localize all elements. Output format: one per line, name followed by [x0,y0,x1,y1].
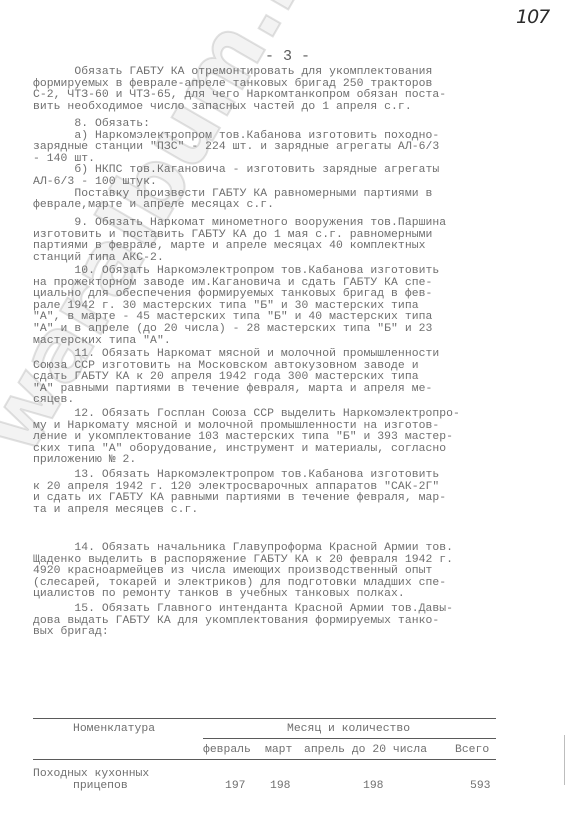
text-line: "А" равными партиями в течение февраля, … [33,384,493,396]
text-line: 11. Обязать Наркомат мясной и молочной п… [33,349,493,361]
paragraph-8: 8. Обязать: а) Наркомэлектропром тов.Каб… [33,119,493,212]
header-mar: март [265,744,292,756]
text-line: 10. Обязать Наркомэлектропром тов.Кабано… [33,266,493,278]
text-line: вых бригад: [33,627,493,639]
value-feb: 197 [225,780,246,792]
table-top-rule [33,718,496,719]
paragraph-intro: Обязать ГАБТУ КА отремонтировать для уко… [33,67,493,113]
paragraph-11: 11. Обязать Наркомат мясной и молочной п… [33,349,493,407]
value-mar: 198 [270,780,291,792]
value-apr: 198 [363,780,384,792]
text-line: станций типа АКС-2. [33,253,493,265]
text-line: та и апреля месяцев с.г. [33,505,493,517]
text-line: 14. Обязать начальника Главупроформа Кра… [33,543,493,555]
text-line: зарядные станции "ПЗС" - 224 шт. и заряд… [33,142,493,154]
page-number: - 3 - [0,48,575,65]
text-line: вить необходимое число запасных частей д… [33,102,493,114]
header-group-rule [203,738,496,739]
header-nomenclature: Номенклатура [73,723,155,735]
paragraph-12: 12. Обязать Госплан Союза ССР выделить Н… [33,409,493,467]
text-line: циалистов по ремонту танков в учебных та… [33,589,493,601]
text-line: приложению № 2. [33,455,493,467]
paragraph-13: 13. Обязать Наркомэлектропром тов.Кабано… [33,470,493,516]
text-line: феврале,марте и апреле месяцах с.г. [33,200,493,212]
text-line: 12. Обязать Госплан Союза ССР выделить Н… [33,409,493,421]
document-page: waralbum.ru 107 - 3 - Обязать ГАБТУ КА о… [0,0,575,814]
row-name-line2: прицепов [73,780,128,792]
text-line: 8. Обязать: [33,119,493,131]
paragraph-14: 14. Обязать начальника Главупроформа Кра… [33,543,493,601]
text-line: 9. Обязать Наркомат минометного вооружен… [33,218,493,230]
header-total: Всего [455,744,489,756]
text-line: сяцев. [33,395,493,407]
header-apr: апрель до 20 числа [304,744,427,756]
paragraph-10: 10. Обязать Наркомэлектропром тов.Кабано… [33,266,493,347]
header-month-quantity: Месяц и количество [287,723,410,735]
text-line: АЛ-6/3 - 100 штук. [33,177,493,189]
text-line: 15. Обязать Главного интенданта Красной … [33,604,493,616]
text-line: Обязать ГАБТУ КА отремонтировать для уко… [33,67,493,79]
paragraph-9: 9. Обязать Наркомат минометного вооружен… [33,218,493,264]
header-feb: февраль [203,744,251,756]
value-total: 593 [470,780,491,792]
scan-edge-mark [564,735,565,785]
archive-sheet-number: 107 [516,6,549,28]
row-name-line1: Походных кухонных [33,768,149,780]
header-bottom-rule [33,759,496,760]
text-line: "А" и в апреле (до 20 числа) - 28 мастер… [33,324,493,336]
paragraph-15: 15. Обязать Главного интенданта Красной … [33,604,493,639]
text-line: 13. Обязать Наркомэлектропром тов.Кабано… [33,470,493,482]
text-line: мастерских типа "А". [33,336,493,348]
